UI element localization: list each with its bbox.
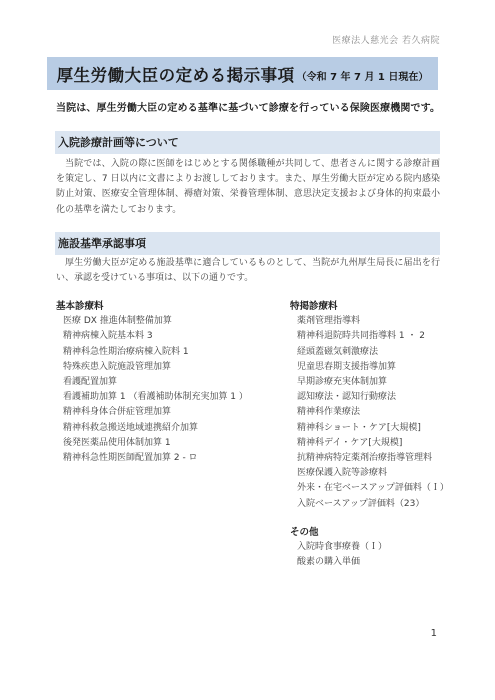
section-body-facility-standards: 厚生労働大臣が定める施設基準に適合しているものとして、当院が九州厚生局長に届出を… xyxy=(56,256,440,286)
list-item: 精神科急性期医師配置加算 2 - ロ xyxy=(56,451,290,466)
list-item: 特殊疾患入院施設管理加算 xyxy=(56,360,290,375)
list-item: 外来・在宅ベースアップ評価料（Ｉ） xyxy=(290,481,446,496)
list-item: 精神科ショート・ケア[大規模] xyxy=(290,421,446,436)
other-heading: その他 xyxy=(290,525,446,540)
list-item: 後発医薬品使用体制加算 1 xyxy=(56,436,290,451)
document-title-date: （令和 7 年 7 月 1 日現在） xyxy=(297,64,429,83)
basic-fees-column: 基本診療料 医療 DX 推進体制整備加算 精神病棟入院基本料 3 精神科急性期治… xyxy=(56,299,290,570)
list-item: 入院時食事療養（Ｉ） xyxy=(290,540,446,555)
section-body-inpatient-care-plan: 当院では、入院の際に医師をはじめとする関係職種が共同して、患者さんに関する診療計… xyxy=(56,157,440,218)
list-item: 抗精神病特定薬剤治療指導管理料 xyxy=(290,451,446,466)
special-fees-heading: 特掲診療料 xyxy=(290,299,446,314)
list-item: 酸素の購入単価 xyxy=(290,555,446,570)
list-item: 精神科デイ・ケア[大規模] xyxy=(290,436,446,451)
document-title-bar: 厚生労働大臣の定める掲示事項 （令和 7 年 7 月 1 日現在） xyxy=(47,57,438,90)
document-page: 医療法人慈光会 若久病院 厚生労働大臣の定める掲示事項 （令和 7 年 7 月 … xyxy=(0,0,495,700)
list-item: 薬剤管理指導料 xyxy=(290,314,446,329)
approved-items-lists: 基本診療料 医療 DX 推進体制整備加算 精神病棟入院基本料 3 精神科急性期治… xyxy=(56,299,446,570)
list-item: 認知療法・認知行動療法 xyxy=(290,390,446,405)
other-items-block: その他 入院時食事療養（Ｉ） 酸素の購入単価 xyxy=(290,525,446,571)
document-title: 厚生労働大臣の定める掲示事項 xyxy=(57,62,295,86)
list-item: 精神科急性期治療病棟入院料 1 xyxy=(56,345,290,360)
list-item: 看護補助加算 1 （看護補助体制充実加算 1 ） xyxy=(56,390,290,405)
list-item: 医療保護入院等診療料 xyxy=(290,466,446,481)
list-item: 精神科退院時共同指導料 1 ・ 2 xyxy=(290,329,446,344)
page-number: 1 xyxy=(0,628,437,639)
section-heading-inpatient-care-plan: 入院診療計画等について xyxy=(55,131,440,154)
list-item: 経頭蓋磁気刺激療法 xyxy=(290,345,446,360)
list-item: 早期診療充実体制加算 xyxy=(290,375,446,390)
basic-fees-heading: 基本診療料 xyxy=(56,299,290,314)
special-fees-column: 特掲診療料 薬剤管理指導料 精神科退院時共同指導料 1 ・ 2 経頭蓋磁気刺激療… xyxy=(290,299,446,570)
list-item: 入院ベースアップ評価料（23） xyxy=(290,497,446,512)
organization-name: 医療法人慈光会 若久病院 xyxy=(0,33,440,46)
intro-statement: 当院は、厚生労働大臣の定める基準に基づいて診療を行っている保険医療機関です。 xyxy=(56,99,440,114)
list-item: 児童思春期支援指導加算 xyxy=(290,360,446,375)
list-item: 精神科作業療法 xyxy=(290,405,446,420)
list-item: 医療 DX 推進体制整備加算 xyxy=(56,314,290,329)
list-item: 精神病棟入院基本料 3 xyxy=(56,329,290,344)
list-item: 精神科身体合併症管理加算 xyxy=(56,405,290,420)
list-item: 看護配置加算 xyxy=(56,375,290,390)
list-item: 精神科救急搬送地域連携紹介加算 xyxy=(56,421,290,436)
section-heading-facility-standards: 施設基準承認事項 xyxy=(55,232,440,255)
